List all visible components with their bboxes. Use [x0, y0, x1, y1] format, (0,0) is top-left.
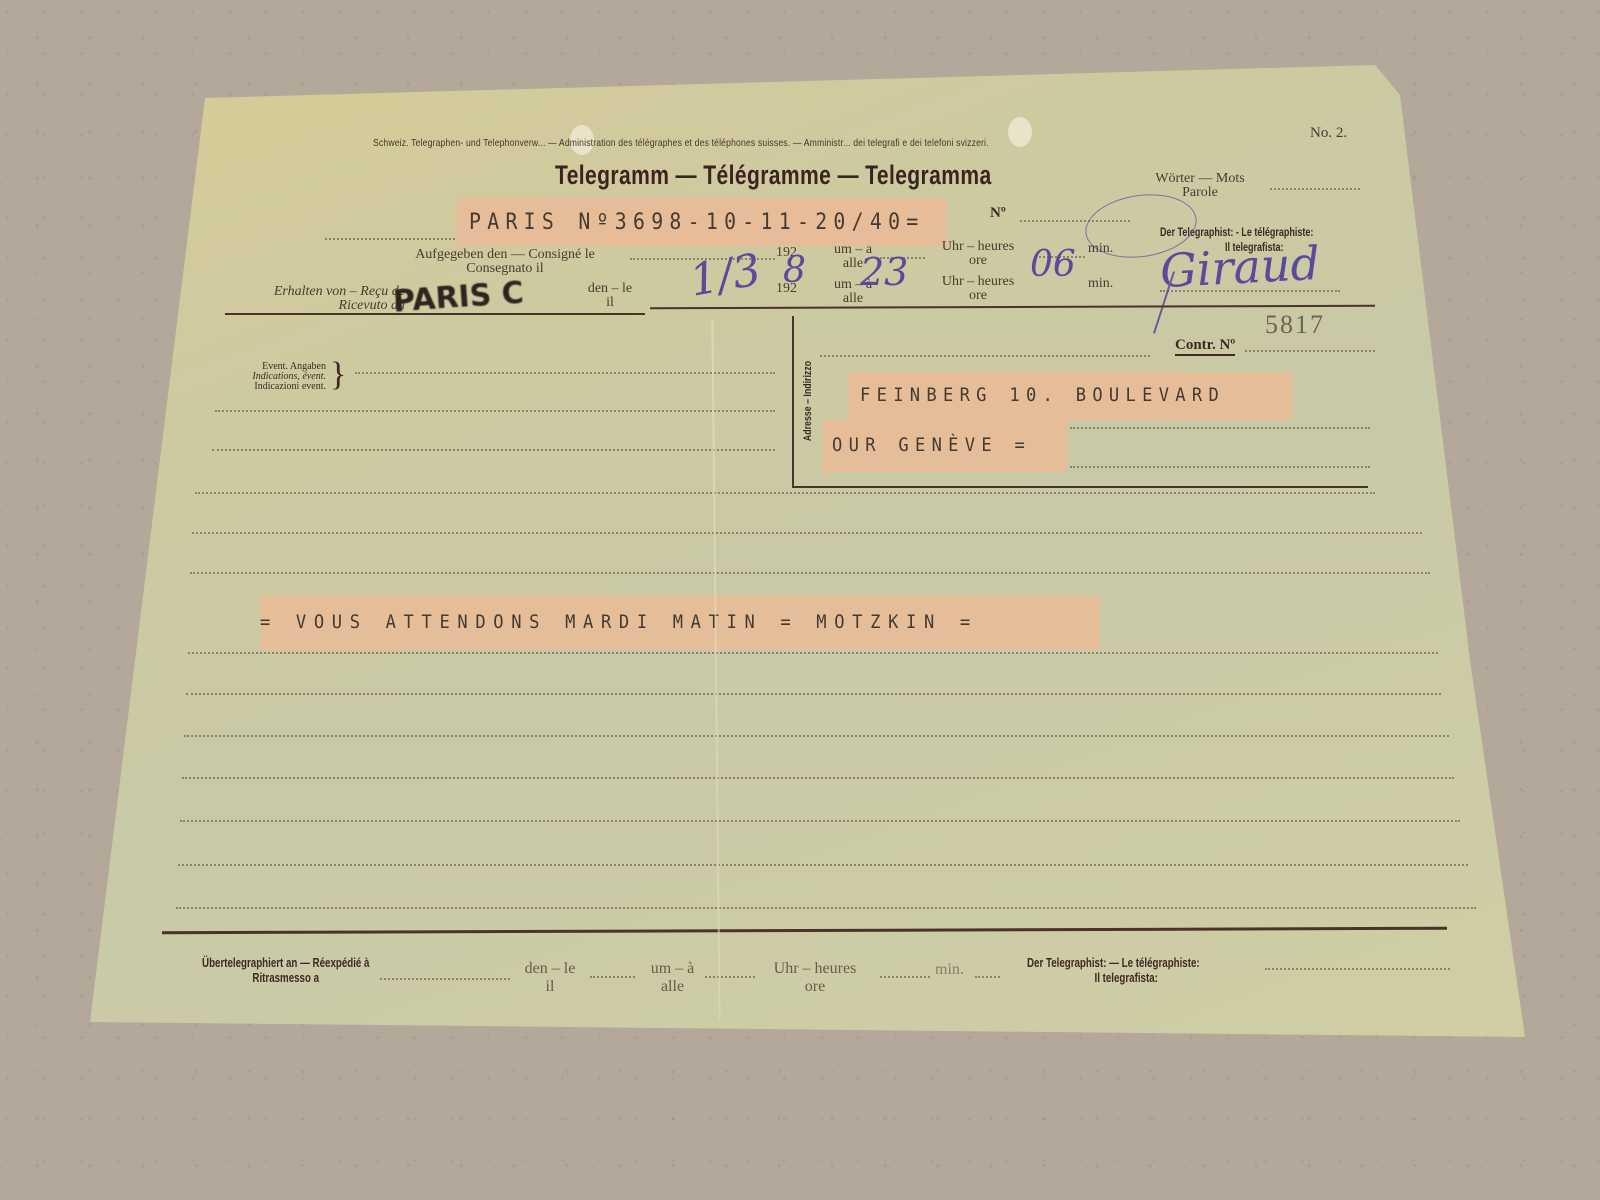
forward-min-label: min.	[935, 963, 964, 977]
forward-label-text: Übertelegraphiert an — Réexpédié à	[162, 955, 410, 970]
forward-date-label: den – le il	[515, 960, 585, 996]
address-tape-1: FEINBERG 10. BOULEVARD	[848, 372, 1293, 420]
consigned-label: Aufgegeben den — Consigné le Consegnato …	[385, 248, 625, 276]
contr-number: 5817	[1265, 310, 1325, 340]
forward-telegraphist-label: Der Telegraphist: — Le télégraphiste: Il…	[1027, 955, 1200, 985]
forward-hours-field[interactable]	[880, 976, 930, 978]
address-tape-1-text: FEINBERG 10. BOULEVARD	[860, 384, 1225, 406]
forward-date-field[interactable]	[590, 976, 635, 978]
address-line-1	[820, 355, 1150, 357]
forward-at-label: um – à alle	[640, 960, 705, 996]
forward-time-field[interactable]	[705, 976, 755, 978]
origin-tape: PARIS Nº3698-10-11-20/40=	[457, 198, 947, 246]
forward-min-field[interactable]	[975, 976, 1000, 978]
hours-label-2: Uhr – heures ore	[928, 275, 1028, 303]
address-tape-2-text: OUR GENÈVE =	[832, 434, 1031, 456]
date-label: den – le il	[580, 282, 640, 310]
contr-label: Contr. Nº	[1175, 337, 1235, 356]
forward-at-label-it: alle	[640, 978, 705, 996]
address-box-bottom	[792, 486, 1368, 488]
origin-tape-text: PARIS Nº3698-10-11-20/40=	[469, 210, 925, 235]
forward-hours-label-it: ore	[755, 978, 875, 996]
hours-label-1-text: Uhr – heures	[928, 240, 1028, 254]
min-label-1: min.	[1088, 242, 1113, 256]
hours-label-2-text: Uhr – heures	[928, 275, 1028, 289]
forward-telegraphist-label-it: Il telegrafista:	[1095, 970, 1200, 985]
header-administration-line: Schweiz. Telegraphen- und Telephonverw..…	[373, 137, 1275, 149]
forward-label: Übertelegraphiert an — Réexpédié à Ritra…	[162, 955, 410, 985]
event-label-it: Indicazioni event.	[218, 382, 326, 392]
message-line-7	[182, 777, 1454, 779]
date-label-text: den – le	[580, 282, 640, 296]
header-divider-left	[225, 313, 645, 315]
received-sig-field[interactable]	[1160, 290, 1340, 292]
event-indications-label: Event. Angaben Indications, évent. Indic…	[218, 362, 326, 392]
message-line-8	[180, 820, 1460, 822]
forward-to-field[interactable]	[380, 978, 510, 980]
forward-date-label-it: il	[515, 978, 585, 996]
words-field[interactable]	[1270, 188, 1360, 190]
address-line-4	[1070, 466, 1370, 468]
message-tape: = VOUS ATTENDONS MARDI MATIN = MOTZKIN =	[260, 595, 1100, 650]
message-line-4	[188, 652, 1438, 654]
words-label-text: Wörter — Mots	[1140, 172, 1260, 186]
forward-telegraphist-field[interactable]	[1265, 968, 1450, 970]
min-label-2: min.	[1088, 277, 1113, 291]
at-label-2-it: alle	[828, 292, 878, 306]
message-line-2	[192, 532, 1422, 534]
origin-field	[325, 238, 455, 240]
address-tape-2: OUR GENÈVE =	[822, 420, 1067, 472]
event-brace: }	[330, 358, 346, 392]
received-from-label-it: Ricevuto da	[225, 299, 405, 313]
forward-label-it: Ritrasmesso a	[162, 970, 410, 985]
event-line-2[interactable]	[215, 410, 775, 412]
message-line-5	[186, 693, 1441, 695]
message-text: = VOUS ATTENDONS MARDI MATIN = MOTZKIN =	[260, 611, 978, 633]
forward-date-label-text: den – le	[515, 960, 585, 978]
forward-hours-label-text: Uhr – heures	[755, 960, 875, 978]
address-line-3	[1070, 427, 1370, 429]
received-from-label-text: Erhalten von – Reçu de	[225, 285, 405, 299]
message-line-1	[195, 492, 1375, 494]
message-line-3	[190, 572, 1430, 574]
received-from-label: Erhalten von – Reçu de Ricevuto da	[225, 285, 405, 313]
address-box-left	[792, 316, 794, 488]
hours-label-2-it: ore	[928, 289, 1028, 303]
form-number: No. 2.	[1310, 125, 1347, 142]
message-line-9	[178, 864, 1468, 866]
consigned-label-text: Aufgegeben den — Consigné le	[385, 248, 625, 262]
message-line-10	[176, 907, 1476, 909]
forward-telegraphist-label-text: Der Telegraphist: — Le télégraphiste:	[1027, 955, 1200, 970]
received-hour[interactable]: 23	[860, 250, 908, 294]
contr-field[interactable]	[1245, 350, 1375, 352]
page-title: Telegramm — Télégramme — Telegramma	[555, 160, 992, 191]
event-line-3[interactable]	[212, 449, 775, 451]
number-label: Nº	[990, 205, 1006, 222]
date-label-it: il	[580, 296, 640, 310]
received-year[interactable]: 8	[783, 250, 806, 291]
telegraphist-signature: Giraud	[1159, 236, 1322, 298]
address-label: Adresse – Indirizzo	[802, 361, 814, 441]
hours-label-1-it: ore	[928, 254, 1028, 268]
hours-label-1: Uhr – heures ore	[928, 240, 1028, 268]
forward-hours-label: Uhr – heures ore	[755, 960, 875, 996]
message-line-6	[184, 735, 1449, 737]
forward-at-label-text: um – à	[640, 960, 705, 978]
consigned-label-it: Consegnato il	[385, 262, 625, 276]
received-minute[interactable]: 06	[1030, 244, 1076, 285]
